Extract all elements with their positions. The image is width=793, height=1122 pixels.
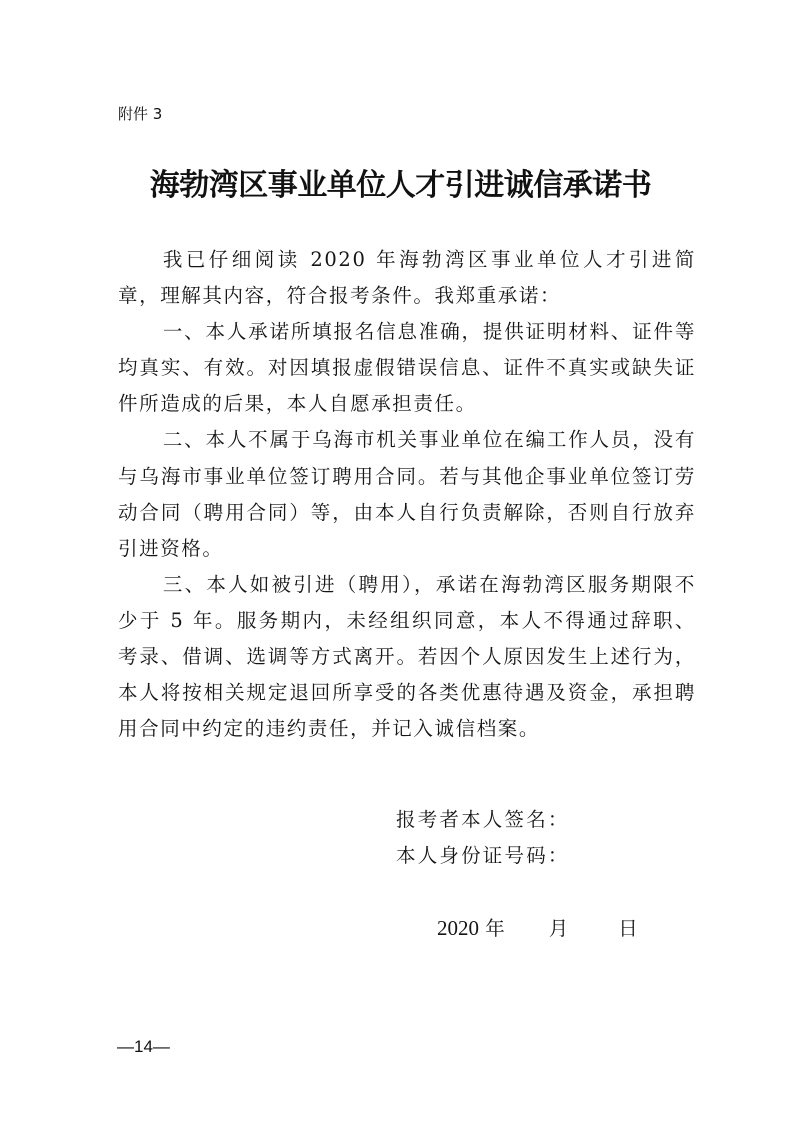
date-year: 2020 (437, 916, 479, 940)
signature-date: 2020 年月日 (437, 914, 638, 943)
document-body: 我已仔细阅读 2020 年海勃湾区事业单位人才引进简章，理解其内容，符合报考条件… (118, 242, 696, 747)
paragraph-commitment-3: 三、本人如被引进（聘用），承诺在海勃湾区服务期限不少于 5 年。服务期内，未经组… (118, 567, 696, 747)
date-year-unit: 年 (485, 917, 505, 940)
attachment-label: 附件 3 (118, 104, 162, 124)
date-day-unit: 日 (618, 917, 638, 940)
document-title: 海勃湾区事业单位人才引进诚信承诺书 (0, 166, 793, 206)
paragraph-commitment-1: 一、本人承诺所填报名信息准确，提供证明材料、证件等均真实、有效。对因填报虚假错误… (118, 314, 696, 422)
page-number: —14— (117, 1036, 170, 1058)
paragraph-intro: 我已仔细阅读 2020 年海勃湾区事业单位人才引进简章，理解其内容，符合报考条件… (118, 242, 696, 314)
paragraph-commitment-2: 二、本人不属于乌海市机关事业单位在编工作人员，没有与乌海市事业单位签订聘用合同。… (118, 422, 696, 566)
signer-signature-label: 报考者本人签名： (396, 806, 570, 834)
date-month-unit: 月 (549, 917, 569, 940)
id-number-label: 本人身份证号码： (396, 842, 570, 870)
